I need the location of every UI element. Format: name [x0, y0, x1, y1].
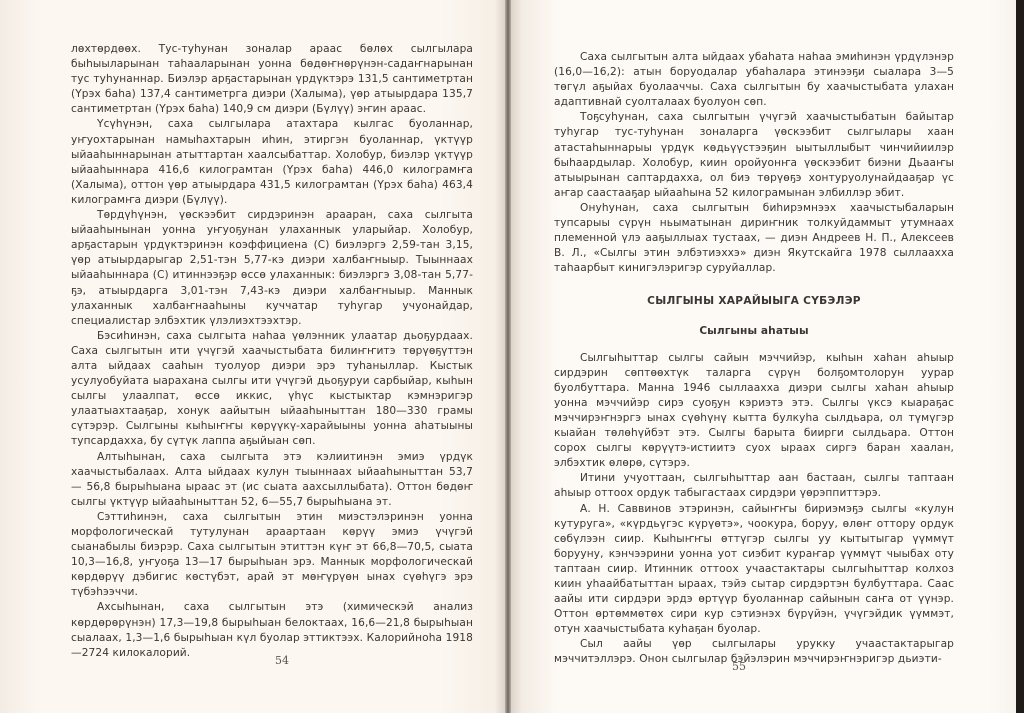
paragraph: Ахсыһынан, саха сылгытын этэ (химическэй…	[71, 600, 473, 660]
paragraph: Тоҕсуһунан, саха сылгытын үчүгэй хаачыст…	[554, 110, 954, 201]
section-heading: Сылгыны аһатыы	[554, 324, 954, 339]
paragraph: Итини учуоттаан, сылгыһыттар аан бастаан…	[554, 471, 954, 501]
left-page-body: лөхтөрдөөх. Тус-туһунан зоналар араас бө…	[71, 42, 473, 661]
paragraph: Сэттиһинэн, саха сылгытын этин миэстэлэр…	[71, 510, 473, 601]
paragraph: Саха сылгытын алта ыйдаах убаһата наһаа …	[554, 50, 954, 110]
paragraph: Онуһунан, саха сылгытын биһирэмнээх хаач…	[554, 201, 954, 276]
paragraph: Төрдүһүнэн, үөскээбит сирдэринэн арааран…	[71, 208, 473, 329]
paragraph: Сылгыһыттар сылгы сайын мэччийэр, кыһын …	[554, 351, 954, 472]
left-page: лөхтөрдөөх. Тус-туһунан зоналар араас бө…	[0, 0, 508, 713]
book-gutter	[505, 0, 511, 713]
paragraph: Үсүһүнэн, саха сылгылара атахтара кылгас…	[71, 117, 473, 208]
paragraph: Сыл аайы үөр сылгылары урукку учаастакта…	[554, 637, 954, 667]
right-page-body: Саха сылгытын алта ыйдаах убаһата наһаа …	[554, 50, 954, 668]
book-spread: лөхтөрдөөх. Тус-туһунан зоналар араас бө…	[0, 0, 1024, 713]
paragraph: Алтыһынан, саха сылгыта этэ кэлиитинэн э…	[71, 450, 473, 510]
paragraph: Бэсиһинэн, саха сылгыта наһаа үөлэнник у…	[71, 329, 473, 450]
page-number: 55	[732, 660, 746, 673]
paragraph: А. Н. Саввинов этэринэн, сайыҥҥы бириэмэ…	[554, 502, 954, 638]
page-edge-shadow	[1016, 0, 1024, 713]
right-page: Саха сылгытын алта ыйдаах убаһата наһаа …	[508, 0, 1016, 713]
page-number: 54	[275, 654, 289, 667]
chapter-heading: СЫЛГЫНЫ ХАРАЙЫЫГА СҮБЭЛЭР	[554, 294, 954, 309]
paragraph: лөхтөрдөөх. Тус-туһунан зоналар араас бө…	[71, 42, 473, 117]
